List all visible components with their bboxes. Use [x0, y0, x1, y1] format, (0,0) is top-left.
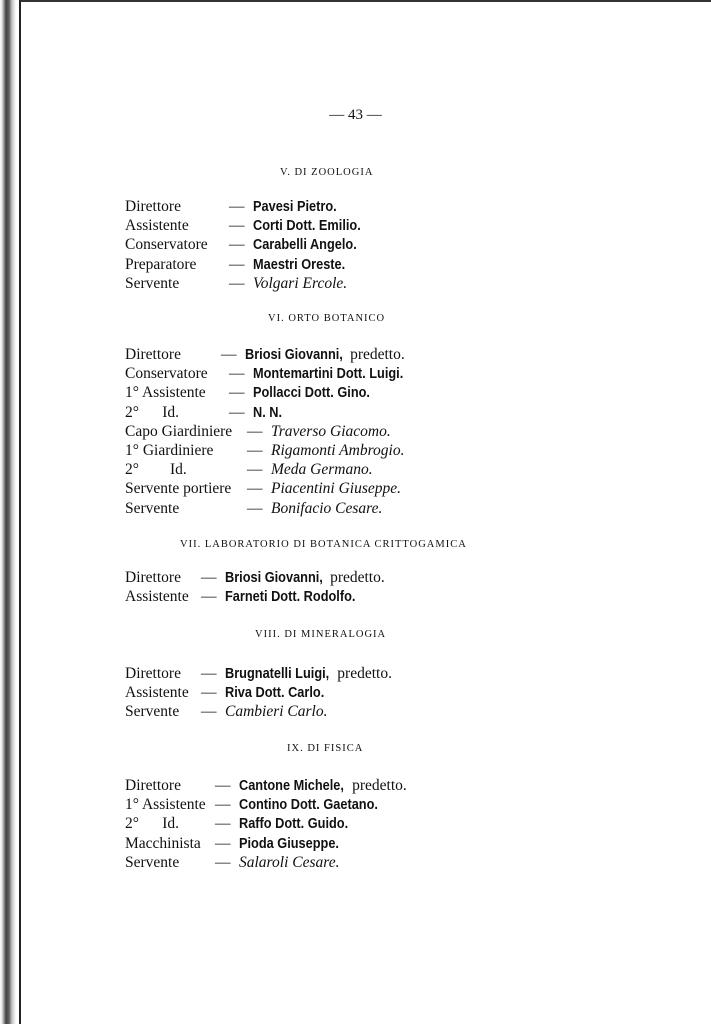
staff-name: Briosi Giovanni,	[225, 569, 323, 588]
em-dash: —	[247, 422, 271, 441]
em-dash: —	[229, 383, 253, 402]
staff-row: Macchinista—Pioda Giuseppe.	[125, 834, 353, 854]
staff-note: predetto.	[346, 346, 405, 363]
section-title: V. DI ZOOLOGIA	[280, 167, 373, 178]
staff-role: Direttore	[125, 664, 201, 683]
em-dash: —	[247, 499, 271, 518]
staff-role: Direttore	[125, 776, 215, 795]
em-dash: —	[215, 814, 239, 833]
staff-role: Servente portiere	[125, 479, 247, 498]
staff-role: Servente	[125, 274, 229, 293]
staff-name: Bonifacio Cesare.	[271, 500, 382, 517]
staff-row: Direttore—Pavesi Pietro.	[125, 197, 348, 217]
staff-name: Maestri Oreste.	[253, 256, 345, 275]
staff-role: Preparatore	[125, 255, 229, 274]
staff-name: Volgari Ercole.	[253, 275, 347, 292]
staff-role: Capo Giardiniere	[125, 422, 247, 441]
staff-row: Conservatore—Carabelli Angelo.	[125, 235, 371, 255]
staff-role: Direttore	[125, 568, 201, 587]
em-dash: —	[201, 568, 225, 587]
em-dash: —	[247, 479, 271, 498]
staff-role: Macchinista	[125, 834, 215, 853]
staff-name: Cambieri Carlo.	[225, 703, 327, 720]
section-title: IX. DI FISICA	[287, 743, 363, 754]
em-dash: —	[201, 664, 225, 683]
em-dash: —	[229, 235, 253, 254]
staff-name: Montemartini Dott. Luigi.	[253, 365, 403, 384]
staff-role: Assistente	[125, 587, 201, 606]
em-dash: —	[229, 197, 253, 216]
staff-role: Servente	[125, 702, 201, 721]
staff-role: 2° Id.	[125, 460, 247, 479]
em-dash: —	[229, 255, 253, 274]
staff-name: Pioda Giuseppe.	[239, 835, 339, 854]
staff-row: 2° Id.—Meda Germano.	[125, 460, 373, 479]
section-title: VII. LABORATORIO DI BOTANICA CRITTOGAMIC…	[180, 539, 467, 550]
staff-name: Cantone Michele,	[239, 777, 344, 796]
em-dash: —	[229, 216, 253, 235]
staff-row: 2° Id.—N. N.	[125, 403, 286, 423]
staff-role: 2° Id.	[125, 403, 229, 422]
staff-row: Assistente—Farneti Dott. Rodolfo.	[125, 587, 373, 607]
staff-row: Direttore—Briosi Giovanni, predetto.	[125, 568, 385, 588]
staff-row: 1° Giardiniere—Rigamonti Ambrogio.	[125, 441, 404, 460]
page-gutter-line	[19, 0, 21, 1024]
staff-name: Briosi Giovanni,	[245, 346, 343, 365]
staff-row: Servente—Volgari Ercole.	[125, 274, 347, 293]
em-dash: —	[229, 274, 253, 293]
staff-row: Direttore—Briosi Giovanni, predetto.	[125, 345, 405, 365]
section-title: VIII. DI MINERALOGIA	[255, 629, 386, 640]
staff-name: Farneti Dott. Rodolfo.	[225, 588, 355, 607]
em-dash: —	[201, 702, 225, 721]
em-dash: —	[229, 403, 253, 422]
staff-role: Assistente	[125, 683, 201, 702]
staff-note: predetto.	[333, 665, 392, 682]
staff-name: Riva Dott. Carlo.	[225, 684, 324, 703]
staff-name: Pollacci Dott. Gino.	[253, 384, 370, 403]
section-title: VI. ORTO BOTANICO	[268, 313, 385, 324]
staff-role: Direttore	[125, 197, 229, 216]
em-dash: —	[215, 776, 239, 795]
staff-row: Servente—Bonifacio Cesare.	[125, 499, 382, 518]
staff-role: Conservatore	[125, 235, 229, 254]
staff-row: Direttore—Cantone Michele, predetto.	[125, 776, 407, 796]
em-dash: —	[229, 364, 253, 383]
staff-name: Carabelli Angelo.	[253, 236, 357, 255]
staff-row: Assistente—Riva Dott. Carlo.	[125, 683, 338, 703]
em-dash: —	[247, 460, 271, 479]
staff-role: Servente	[125, 499, 247, 518]
staff-role: Conservatore	[125, 364, 229, 383]
staff-role: 2° Id.	[125, 814, 215, 833]
staff-row: Conservatore—Montemartini Dott. Luigi.	[125, 364, 424, 384]
staff-name: Brugnatelli Luigi,	[225, 665, 329, 684]
staff-row: Capo Giardiniere—Traverso Giacomo.	[125, 422, 391, 441]
staff-name: Corti Dott. Emilio.	[253, 217, 361, 236]
staff-role: Assistente	[125, 216, 229, 235]
em-dash: —	[215, 853, 239, 872]
staff-role: 1° Assistente	[125, 795, 215, 814]
staff-row: Servente portiere—Piacentini Giuseppe.	[125, 479, 401, 498]
staff-name: N. N.	[253, 404, 282, 423]
staff-role: Servente	[125, 853, 215, 872]
staff-row: 1° Assistente—Pollacci Dott. Gino.	[125, 383, 386, 403]
staff-row: 2° Id.—Raffo Dott. Guido.	[125, 814, 363, 834]
page-number: — 43 —	[0, 107, 711, 124]
staff-role: Direttore	[125, 345, 221, 364]
staff-name: Contino Dott. Gaetano.	[239, 796, 378, 815]
staff-name: Raffo Dott. Guido.	[239, 815, 348, 834]
staff-row: Servente—Salaroli Cesare.	[125, 853, 339, 872]
em-dash: —	[247, 441, 271, 460]
staff-row: Servente—Cambieri Carlo.	[125, 702, 327, 721]
em-dash: —	[215, 834, 239, 853]
staff-name: Piacentini Giuseppe.	[271, 480, 401, 497]
em-dash: —	[215, 795, 239, 814]
staff-note: predetto.	[326, 569, 385, 586]
staff-row: Direttore—Brugnatelli Luigi, predetto.	[125, 664, 392, 684]
staff-name: Salaroli Cesare.	[239, 854, 339, 871]
staff-role: 1° Giardiniere	[125, 441, 247, 460]
staff-row: Preparatore—Maestri Oreste.	[125, 255, 358, 275]
staff-role: 1° Assistente	[125, 383, 229, 402]
staff-name: Traverso Giacomo.	[271, 423, 391, 440]
page-top-edge	[20, 0, 711, 2]
em-dash: —	[221, 345, 245, 364]
staff-note: predetto.	[348, 777, 407, 794]
staff-name: Pavesi Pietro.	[253, 198, 337, 217]
em-dash: —	[201, 587, 225, 606]
staff-row: Assistente—Corti Dott. Emilio.	[125, 216, 375, 236]
staff-name: Meda Germano.	[271, 461, 373, 478]
staff-name: Rigamonti Ambrogio.	[271, 442, 404, 459]
em-dash: —	[201, 683, 225, 702]
staff-row: 1° Assistente—Contino Dott. Gaetano.	[125, 795, 397, 815]
